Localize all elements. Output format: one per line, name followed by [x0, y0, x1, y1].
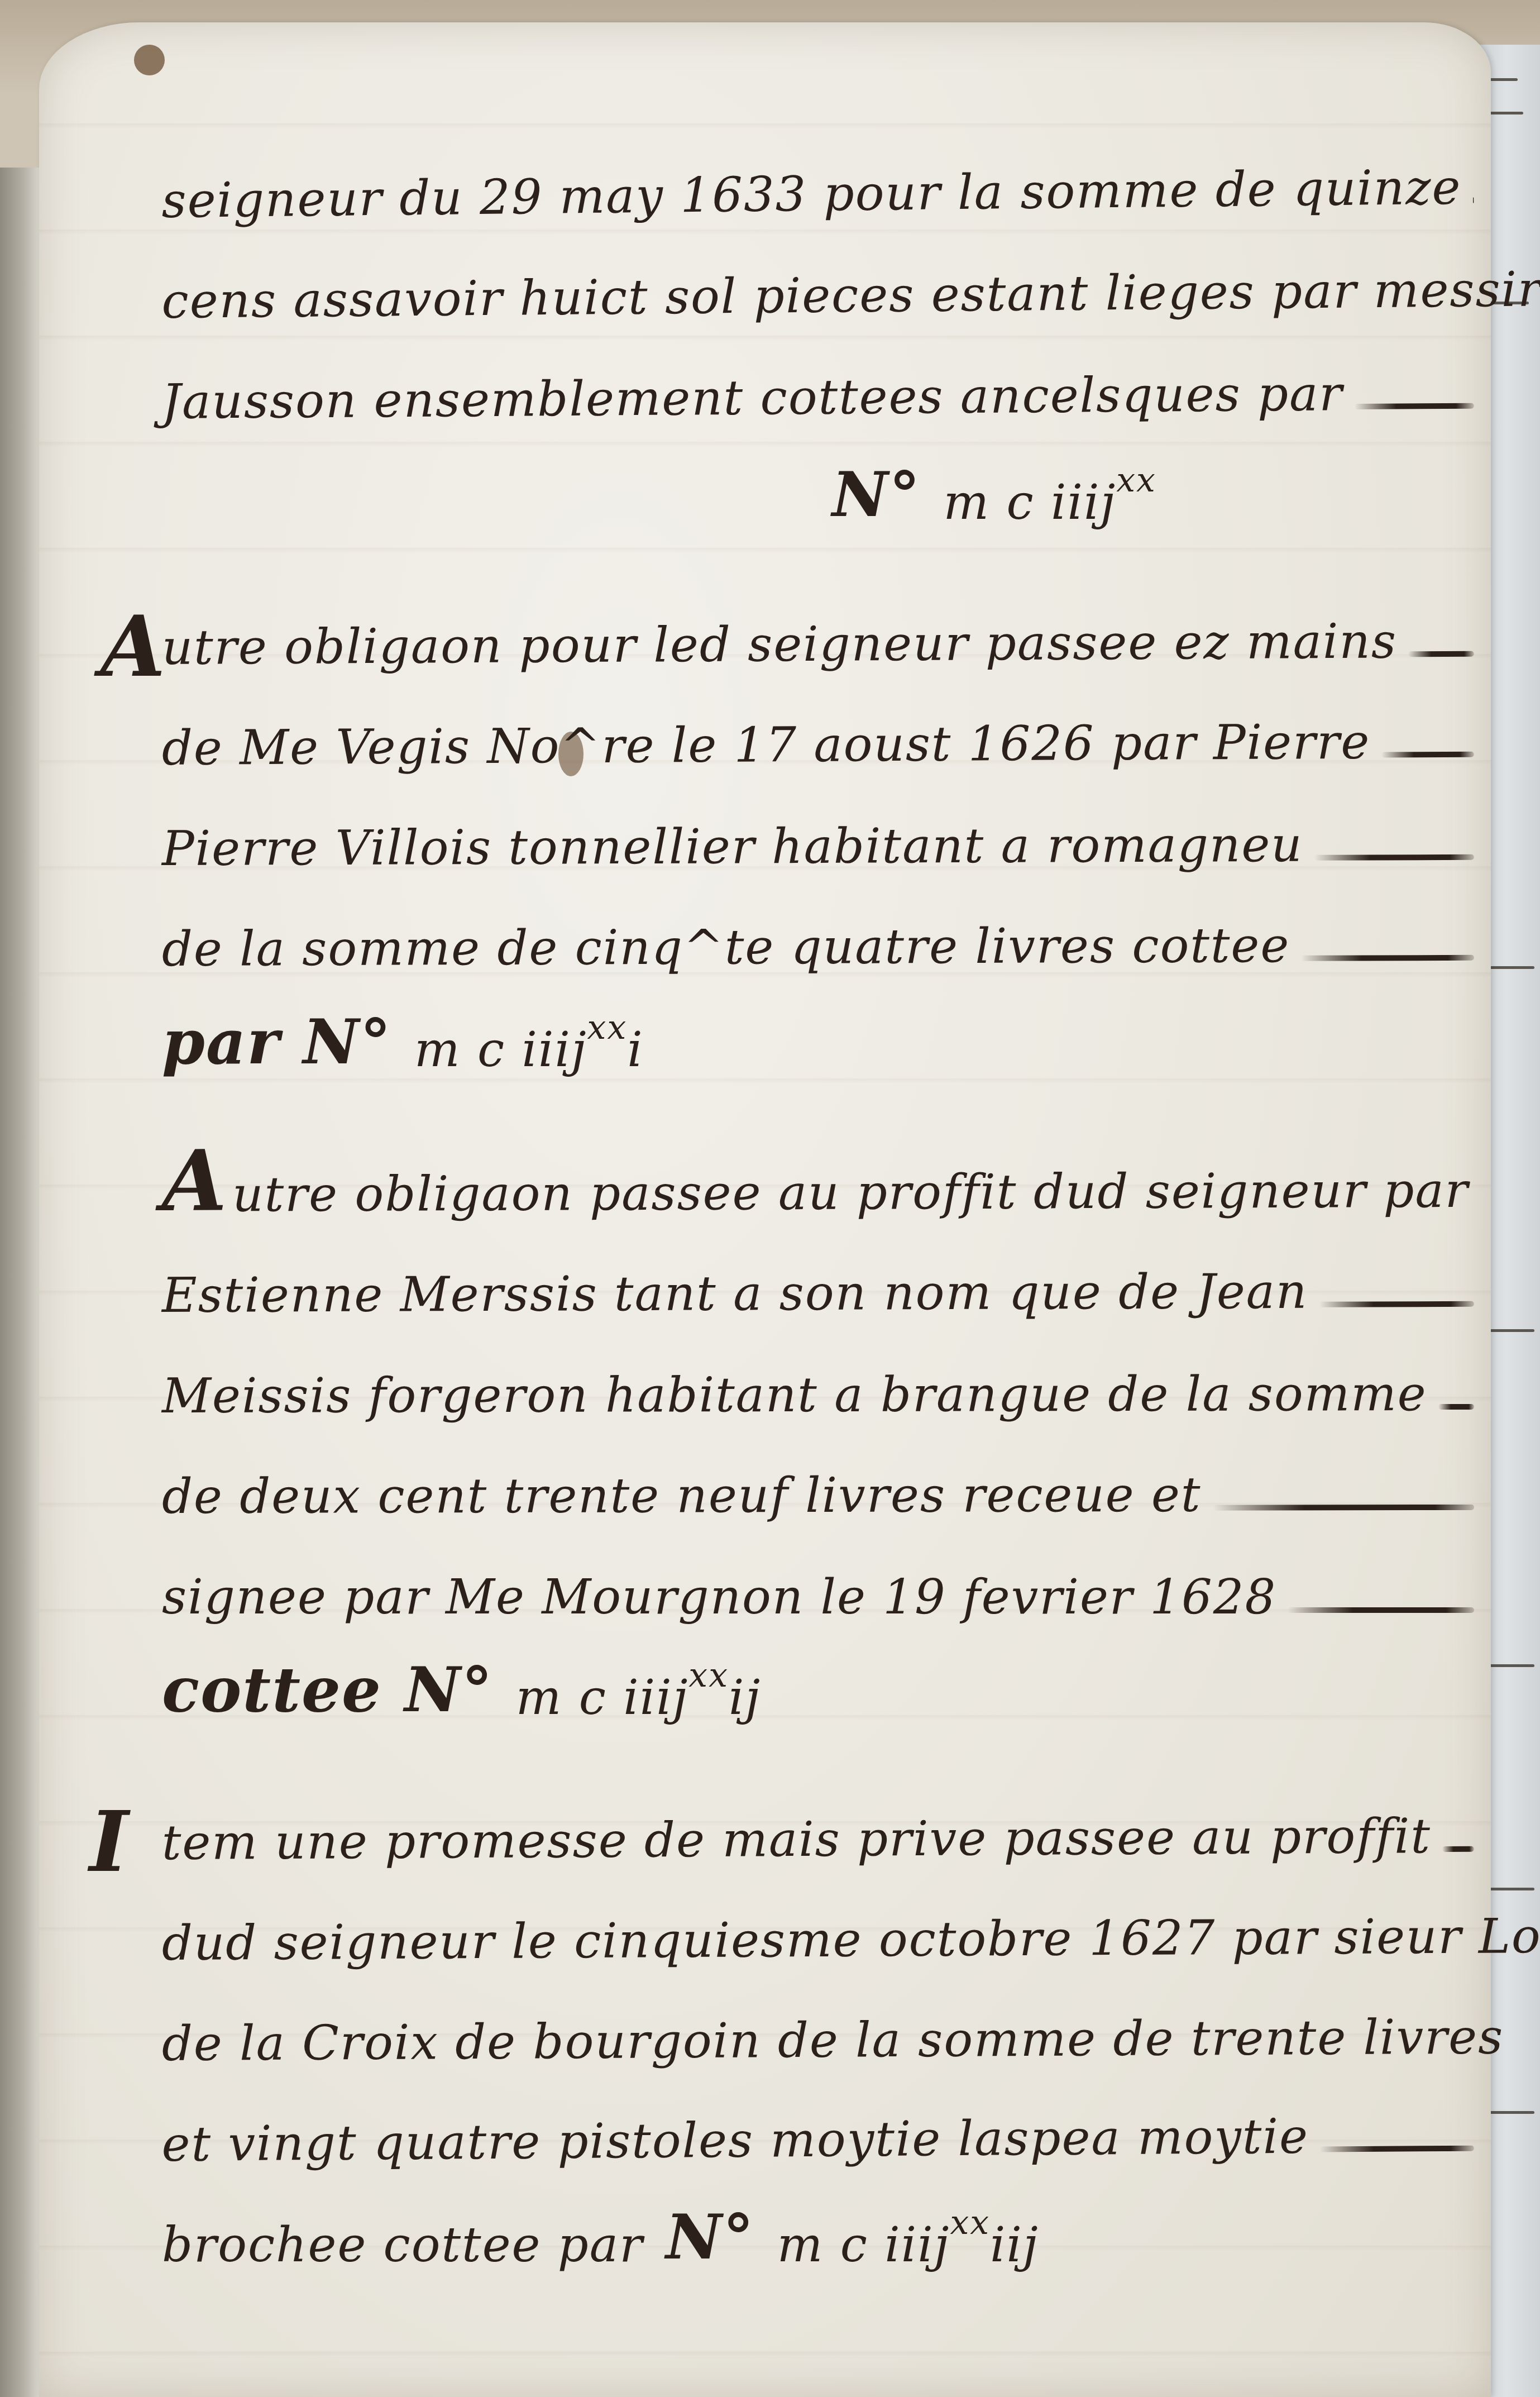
paragraph-1: seigneur du 29 may 1633 pour la somme de… [162, 128, 1474, 531]
item-reference: brochee cottee par N° m c iiij xx iij [162, 2172, 1474, 2273]
line-filler-stroke [1442, 1846, 1474, 1852]
text-line: de Me Vegis No^re le 17 aoust 1626 par P… [161, 669, 1474, 776]
line-filler-stroke [1319, 1301, 1474, 1307]
text-line: de deux cent trente neuf livres receue e… [162, 1422, 1474, 1525]
paragraph-3: A utre obligaon passee au proffit dud se… [162, 1123, 1474, 1726]
line-filler-stroke [1288, 1607, 1474, 1613]
text-line: Meissis forgeron habitant a brangue de l… [162, 1321, 1474, 1424]
item-reference: N° m c iiij xx [162, 430, 1474, 531]
text-line: A utre obligaon passee au proffit dud se… [161, 1118, 1474, 1223]
text-line: Estienne Merssis tant a son nom que de J… [161, 1219, 1474, 1324]
text-line: tem une promesse de mais prive passee au… [161, 1764, 1474, 1871]
text-line: utre obligaon pour led seigneur passee e… [161, 569, 1474, 676]
paragraph-initial: A [101, 598, 165, 696]
text-line: dud seigneur le cinquiesme octobre 1627 … [161, 1864, 1474, 1971]
item-reference: cottee N° m c iiij xx ij [162, 1625, 1474, 1726]
text-line: Pierre Villois tonnellier habitant a rom… [161, 772, 1474, 877]
text-line: et vingt quatre pistoles moytie laspea m… [161, 2063, 1474, 2172]
line-filler-stroke [1473, 197, 1474, 203]
line-filler-stroke [1381, 752, 1474, 758]
paragraph-2: A utre obligaon pour led seigneur passee… [162, 575, 1474, 1078]
line-filler-stroke [1355, 403, 1474, 409]
text-line: de la Croix de bourgoin de la somme de t… [161, 1965, 1474, 2072]
line-filler-stroke [1213, 1505, 1474, 1511]
text-line: seigneur du 29 may 1633 pour la somme de… [161, 114, 1474, 229]
item-reference: par N° m c iiij xx i [162, 977, 1474, 1078]
text-line: cens assavoir huict sol pieces estant li… [161, 217, 1474, 330]
line-filler-stroke [1301, 955, 1474, 961]
ink-stain [134, 45, 165, 75]
text-line: signee par Me Mourgnon le 19 fevrier 162… [162, 1525, 1474, 1625]
paragraph-4: I tem une promesse de mais prive passee … [162, 1770, 1474, 2273]
left-binding-edge [0, 168, 39, 2397]
line-filler-stroke [1408, 651, 1474, 657]
manuscript-text: seigneur du 29 may 1633 pour la somme de… [162, 128, 1474, 2273]
line-filler-stroke [1438, 1404, 1474, 1410]
text-line: de la somme de cinq^te quatre livres cot… [161, 872, 1474, 977]
text-line: Jausson ensemblement cottees ancelsques … [161, 321, 1474, 430]
line-filler-stroke [1314, 854, 1474, 861]
paragraph-initial: I [89, 1793, 128, 1891]
manuscript-page: seigneur du 29 may 1633 pour la somme de… [39, 22, 1491, 2397]
line-filler-stroke [1320, 2146, 1474, 2152]
